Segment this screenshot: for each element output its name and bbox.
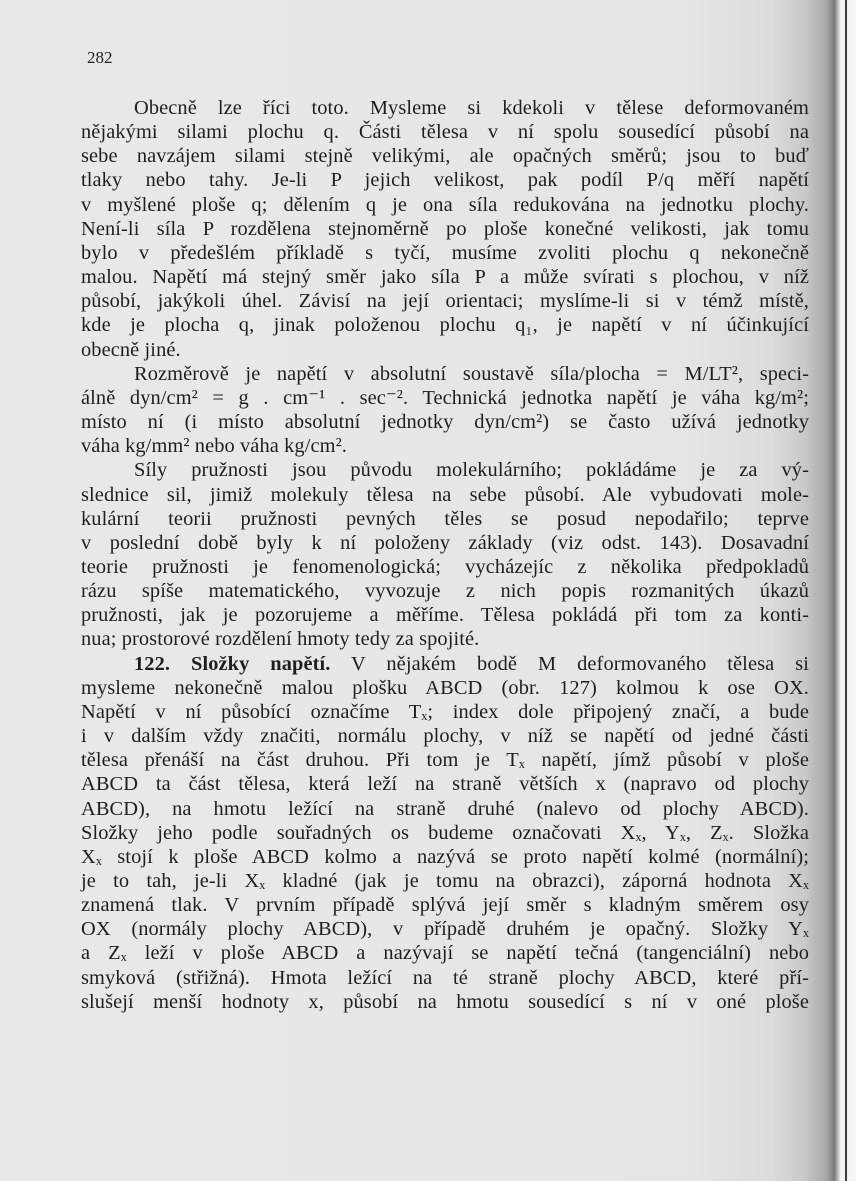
text-line-content: V nějakém bodě M deformovaného tělesa si [351,653,809,675]
text-line: slušejí menší hodnoty x, působí na hmotu… [81,990,809,1014]
section-122-stress-components: 122. Složky napětí. V nějakém bodě M def… [81,652,809,1014]
text-line: nua; prostorové rozdělení hmoty tedy za … [81,627,809,651]
text-line: Obecně lze říci toto. Mysleme si kdekoli… [81,96,809,120]
text-line: místo ní (i místo absolutní jednotky dyn… [81,410,809,434]
paragraph-stress-dimensions: Rozměrově je napětí v absolutní soustavě… [81,362,809,459]
text-line: mysleme nekonečně malou plošku ABCD (obr… [81,676,809,700]
text-line: rázu spíše matematického, vyvozuje z nic… [81,579,809,603]
text-line: Rozměrově je napětí v absolutní soustavě… [81,362,809,386]
text-line: slednice sil, jimiž molekuly tělesa na s… [81,483,809,507]
text-line: v poslední době byly k ní položeny zákla… [81,531,809,555]
text-line: tlaky nebo tahy. Je-li P jejich velikost… [81,168,809,192]
text-line: álně dyn/cm² = g . cm⁻¹ . sec⁻². Technic… [81,386,809,410]
text-line: Xₓ stojí k ploše ABCD kolmo a nazývá se … [81,845,809,869]
page-number: 282 [87,48,113,68]
text-line: váha kg/mm² nebo váha kg/cm². [81,434,809,458]
text-line: smyková (střižná). Hmota ležící na té st… [81,966,809,990]
section-title: Složky napětí. [191,653,330,675]
text-line: sebe navzájem silami stejně velikými, al… [81,144,809,168]
text-line: i v dalším vždy značiti, normálu plochy,… [81,724,809,748]
text-line: znamená tlak. V prvním případě splývá je… [81,893,809,917]
page-body: Obecně lze říci toto. Mysleme si kdekoli… [81,96,809,1014]
page-spine-shadow [845,0,847,1181]
text-line: a Zₓ leží v ploše ABCD a nazývají se nap… [81,941,809,965]
text-line: Síly pružnosti jsou původu molekulárního… [81,458,809,482]
text-line: je to tah, je-li Xₓ kladné (jak je tomu … [81,869,809,893]
text-line: Napětí v ní působící označíme Tₓ; index … [81,700,809,724]
text-line: teorie pružnosti je fenomenologická; vyc… [81,555,809,579]
text-line: Složky jeho podle souřadných os budeme o… [81,821,809,845]
text-line: pružnosti, jak je pozorujeme a měříme. T… [81,603,809,627]
text-line: Není-li síla P rozdělena stejnoměrně po … [81,217,809,241]
text-line: působí, jakýkoli úhel. Závisí na její or… [81,289,809,313]
section-number: 122. [134,653,170,675]
text-line: v myšlené ploše q; dělením q je ona síla… [81,193,809,217]
text-line: ABCD), na hmotu ležící na straně druhé (… [81,797,809,821]
text-line: malou. Napětí má stejný směr jako síla P… [81,265,809,289]
text-line: ABCD ta část tělesa, která leží na stran… [81,772,809,796]
text-line: tělesa přenáší na část druhou. Při tom j… [81,748,809,772]
text-line: kulární teorii pružnosti pevných těles s… [81,507,809,531]
text-line: bylo v předešlém příkladě s tyčí, musíme… [81,241,809,265]
text-line: kde je plocha q, jinak položenou plochu … [81,313,809,337]
text-line: nějakými silami plochu q. Části tělesa v… [81,120,809,144]
book-page: 282 Obecně lze říci toto. Mysleme si kde… [0,0,856,1181]
text-line: OX (normály plochy ABCD), v případě druh… [81,917,809,941]
text-line: obecně jiné. [81,338,809,362]
paragraph-elastic-forces: Síly pružnosti jsou původu molekulárního… [81,458,809,651]
paragraph-stress-definition: Obecně lze říci toto. Mysleme si kdekoli… [81,96,809,362]
text-line: 122. Složky napětí. V nějakém bodě M def… [81,652,809,676]
